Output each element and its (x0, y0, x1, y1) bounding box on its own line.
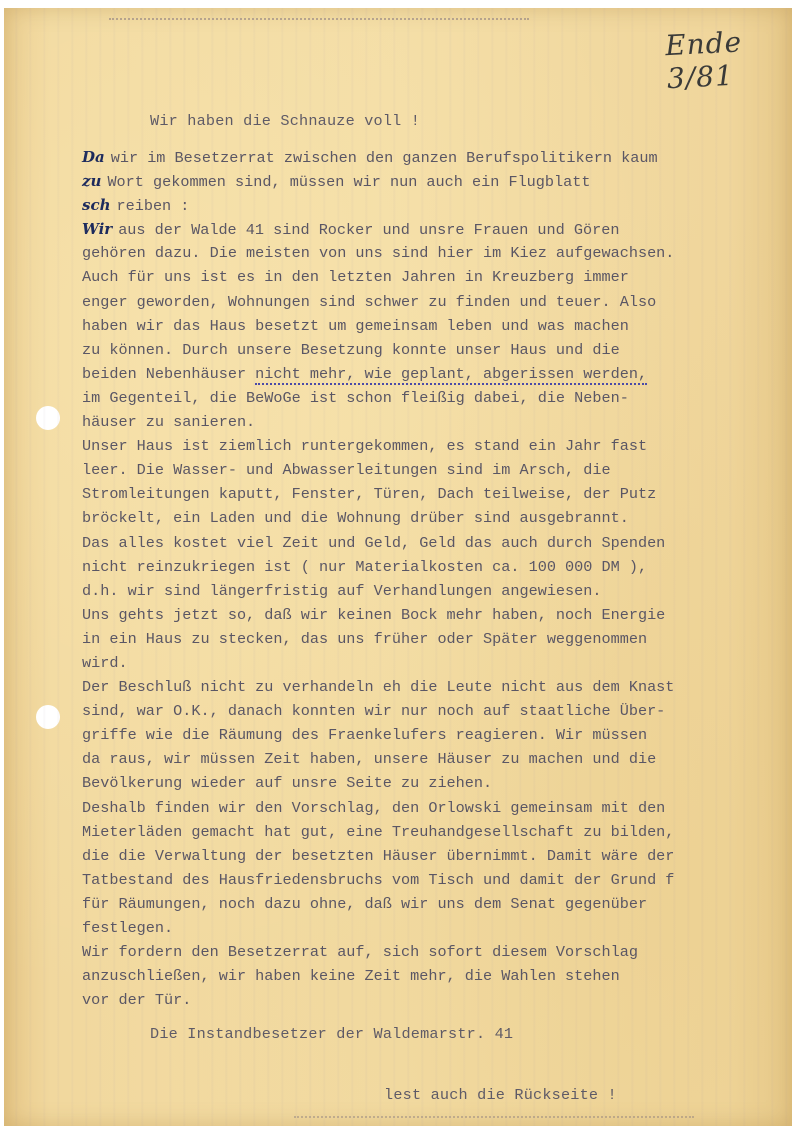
text-line: Das alles kostet viel Zeit und Geld, Gel… (82, 531, 742, 555)
text-line: nicht reinzukriegen ist ( nur Materialko… (82, 555, 742, 579)
line-text: reiben : (116, 194, 189, 218)
document-title: Wir haben die Schnauze voll ! (150, 112, 420, 130)
text-line: Dawir im Besetzerrat zwischen den ganzen… (82, 145, 742, 169)
text-line: schreiben : (82, 193, 742, 217)
line-text: Uns gehts jetzt so, daß wir keinen Bock … (82, 603, 665, 627)
line-text: gehören dazu. Die meisten von uns sind h… (82, 241, 674, 265)
text-line: sind, war O.K., danach konnten wir nur n… (82, 699, 742, 723)
text-line: Uns gehts jetzt so, daß wir keinen Bock … (82, 603, 742, 627)
text-line: enger geworden, Wohnungen sind schwer zu… (82, 290, 742, 314)
text-line: für Räumungen, noch dazu ohne, daß wir u… (82, 892, 742, 916)
line-text: Tatbestand des Hausfriedensbruchs vom Ti… (82, 868, 674, 892)
show-through-text-bottom (294, 1116, 694, 1121)
text-line: griffe wie die Räumung des Fraenkelufers… (82, 723, 742, 747)
line-text: Auch für uns ist es in den letzten Jahre… (82, 265, 629, 289)
text-line: Bevölkerung wieder auf unsre Seite zu zi… (82, 771, 742, 795)
text-line: anzuschließen, wir haben keine Zeit mehr… (82, 964, 742, 988)
text-line: leer. Die Wasser- und Abwasserleitungen … (82, 458, 742, 482)
punch-hole-lower (36, 705, 60, 729)
text-line: Der Beschluß nicht zu verhandeln eh die … (82, 675, 742, 699)
line-text: aus der Walde 41 sind Rocker und unsre F… (118, 218, 619, 242)
text-line: zu können. Durch unsere Besetzung konnte… (82, 338, 742, 362)
line-text: häuser zu sanieren. (82, 410, 255, 434)
line-text: anzuschließen, wir haben keine Zeit mehr… (82, 964, 620, 988)
punch-hole-upper (36, 406, 60, 430)
line-text: nicht reinzukriegen ist ( nur Materialko… (82, 555, 647, 579)
line-text: enger geworden, Wohnungen sind schwer zu… (82, 290, 656, 314)
document-body: Dawir im Besetzerrat zwischen den ganzen… (82, 145, 742, 1012)
text-line: vor der Tür. (82, 988, 742, 1012)
line-text: festlegen. (82, 916, 173, 940)
text-line: Stromleitungen kaputt, Fenster, Türen, D… (82, 482, 742, 506)
underlined-phrase: nicht mehr, wie geplant, abgerissen werd… (255, 365, 647, 385)
line-text: wir im Besetzerrat zwischen den ganzen B… (111, 146, 658, 170)
handwritten-correction: sch (82, 193, 110, 217)
text-line: Wir fordern den Besetzerrat auf, sich so… (82, 940, 742, 964)
line-text: zu können. Durch unsere Besetzung konnte… (82, 338, 620, 362)
handwritten-correction: Wir (82, 217, 112, 241)
show-through-text-top (109, 18, 529, 24)
line-text: Wir fordern den Besetzerrat auf, sich so… (82, 940, 638, 964)
text-line: Unser Haus ist ziemlich runtergekommen, … (82, 434, 742, 458)
text-line: beiden Nebenhäuser nicht mehr, wie gepla… (82, 362, 742, 386)
line-text: in ein Haus zu stecken, das uns früher o… (82, 627, 647, 651)
line-text: sind, war O.K., danach konnten wir nur n… (82, 699, 665, 723)
line-text: leer. Die Wasser- und Abwasserleitungen … (82, 458, 611, 482)
text-line: wird. (82, 651, 742, 675)
postscript: lest auch die Rückseite ! (384, 1086, 617, 1104)
line-text: da raus, wir müssen Zeit haben, unsere H… (82, 747, 656, 771)
text-line: in ein Haus zu stecken, das uns früher o… (82, 627, 742, 651)
text-line: im Gegenteil, die BeWoGe ist schon fleiß… (82, 386, 742, 410)
line-text: wird. (82, 651, 128, 675)
text-line: Auch für uns ist es in den letzten Jahre… (82, 265, 742, 289)
handwritten-date-note: Ende 3/81 (664, 23, 793, 96)
line-text: d.h. wir sind längerfristig auf Verhandl… (82, 579, 602, 603)
text-line: bröckelt, ein Laden und die Wohnung drüb… (82, 506, 742, 530)
line-text: Bevölkerung wieder auf unsre Seite zu zi… (82, 771, 492, 795)
line-text: die die Verwaltung der besetzten Häuser … (82, 844, 674, 868)
text-line: haben wir das Haus besetzt um gemeinsam … (82, 314, 742, 338)
line-text: Deshalb finden wir den Vorschlag, den Or… (82, 796, 665, 820)
text-line: da raus, wir müssen Zeit haben, unsere H… (82, 747, 742, 771)
line-text: beiden Nebenhäuser nicht mehr, wie gepla… (82, 362, 647, 386)
line-text: bröckelt, ein Laden und die Wohnung drüb… (82, 506, 629, 530)
line-text: vor der Tür. (82, 988, 191, 1012)
text-line: festlegen. (82, 916, 742, 940)
line-text: für Räumungen, noch dazu ohne, daß wir u… (82, 892, 647, 916)
text-line: Wiraus der Walde 41 sind Rocker und unsr… (82, 217, 742, 241)
line-text: Wort gekommen sind, müssen wir nun auch … (107, 170, 590, 194)
text-line: Deshalb finden wir den Vorschlag, den Or… (82, 796, 742, 820)
line-text: Das alles kostet viel Zeit und Geld, Gel… (82, 531, 665, 555)
text-line: die die Verwaltung der besetzten Häuser … (82, 844, 742, 868)
handwritten-correction: zu (82, 169, 101, 193)
line-text: Stromleitungen kaputt, Fenster, Türen, D… (82, 482, 656, 506)
handwritten-correction: Da (82, 145, 105, 169)
text-line: Tatbestand des Hausfriedensbruchs vom Ti… (82, 868, 742, 892)
line-text: im Gegenteil, die BeWoGe ist schon fleiß… (82, 386, 629, 410)
line-text: griffe wie die Räumung des Fraenkelufers… (82, 723, 647, 747)
line-text: Unser Haus ist ziemlich runtergekommen, … (82, 434, 647, 458)
text-line: häuser zu sanieren. (82, 410, 742, 434)
line-text: Mieterläden gemacht hat gut, eine Treuha… (82, 820, 674, 844)
text-line: zuWort gekommen sind, müssen wir nun auc… (82, 169, 742, 193)
document-page: Ende 3/81 Wir haben die Schnauze voll ! … (4, 8, 792, 1126)
text-line: d.h. wir sind längerfristig auf Verhandl… (82, 579, 742, 603)
line-text: Der Beschluß nicht zu verhandeln eh die … (82, 675, 674, 699)
line-text: haben wir das Haus besetzt um gemeinsam … (82, 314, 629, 338)
signature: Die Instandbesetzer der Waldemarstr. 41 (150, 1025, 513, 1043)
text-line: Mieterläden gemacht hat gut, eine Treuha… (82, 820, 742, 844)
text-line: gehören dazu. Die meisten von uns sind h… (82, 241, 742, 265)
